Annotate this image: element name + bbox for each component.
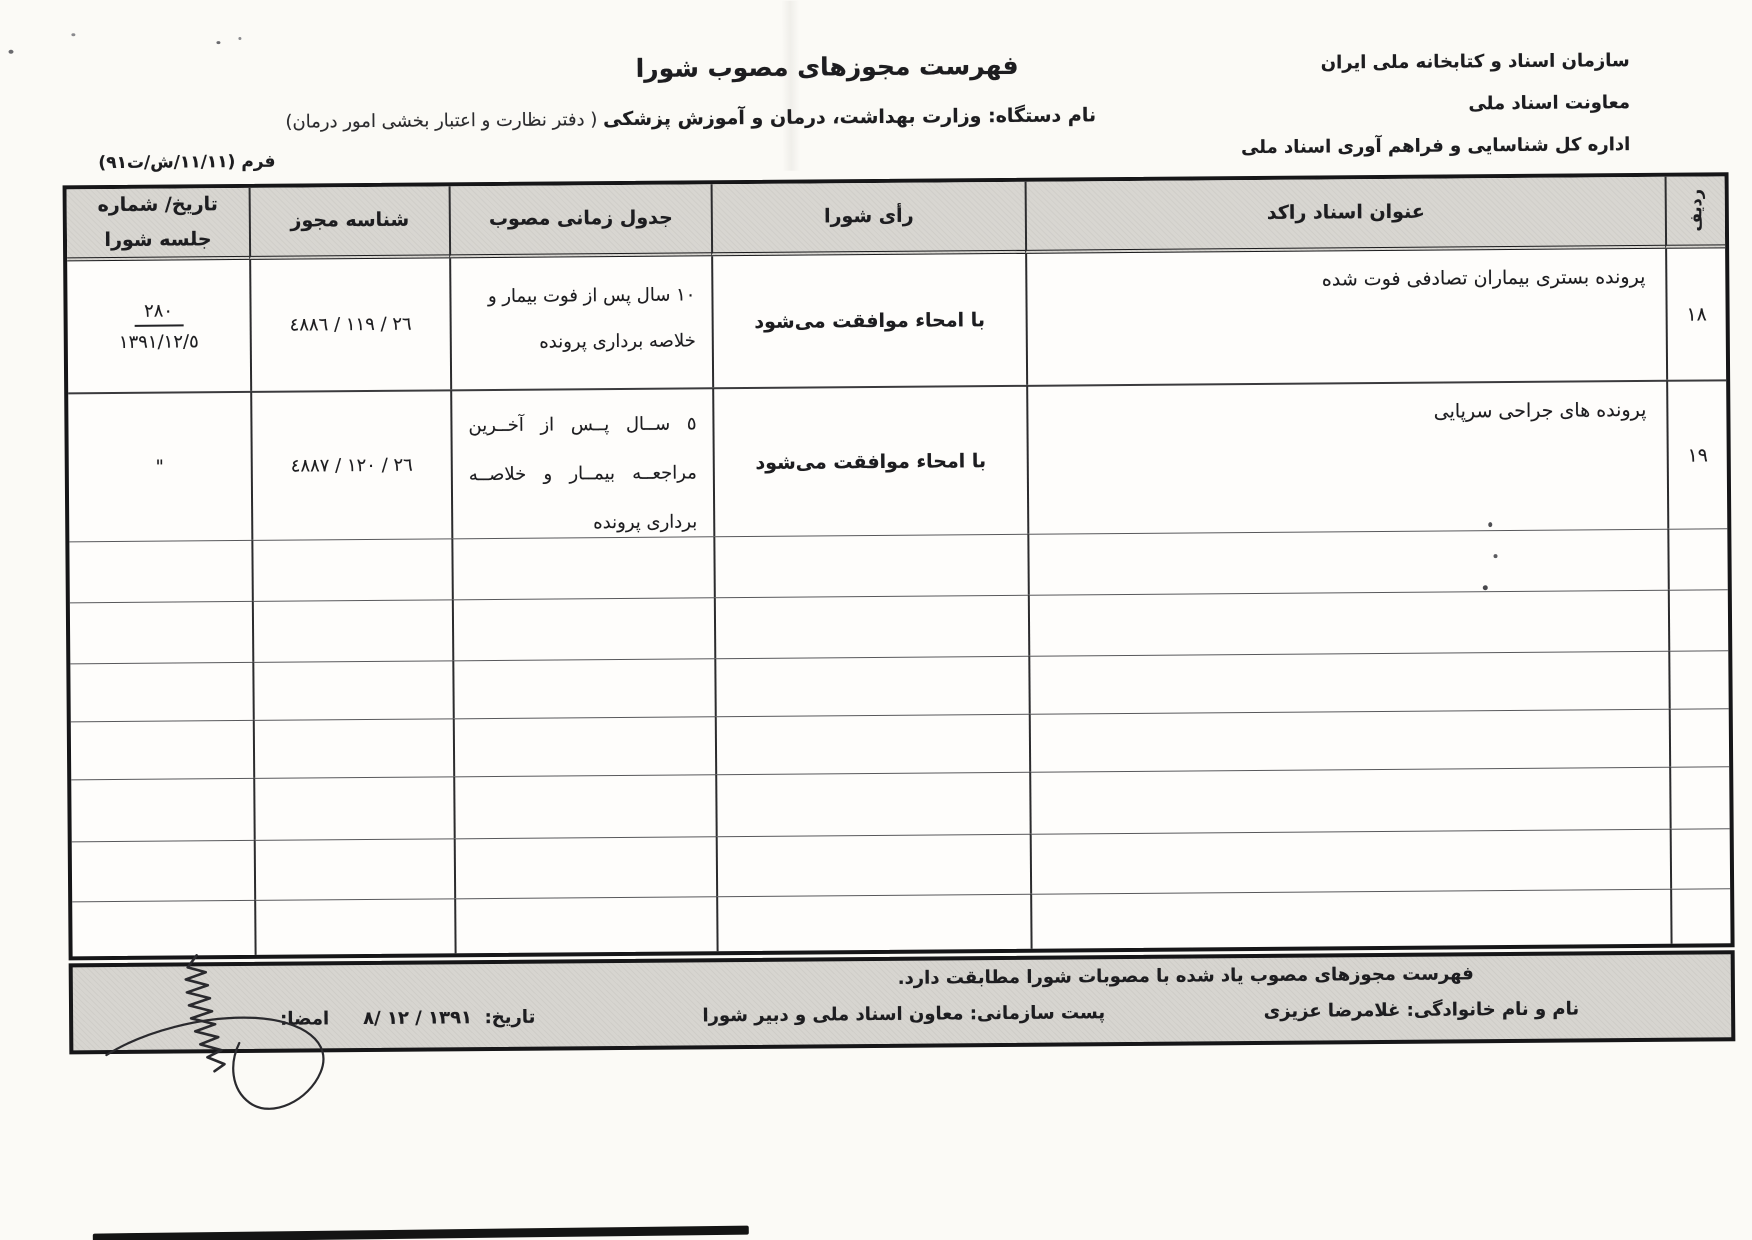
table-row-18-vote: با امحاء موافقت می‌شود (711, 254, 1026, 387)
table-row-19-number: ١٩ (1666, 379, 1727, 528)
empty-cell (1029, 767, 1669, 834)
empty-cell (71, 778, 253, 841)
table-row-19-session: " (68, 391, 251, 541)
device-paren: ( دفتر نظارت و اعتبار بخشی امور درمان) (285, 109, 603, 132)
scan-edge-strip (93, 1226, 749, 1240)
header-schedule: جدول زمانی مصوب (449, 184, 712, 258)
empty-cell (451, 536, 713, 599)
empty-cell (253, 776, 453, 840)
confirmation-statement: فهرست مجوزهای مصوب یاد شده با مصوبات شور… (898, 963, 1474, 989)
table-row-18-title: پرونده بستری بیماران تصادفی فوت شده (1025, 249, 1666, 385)
empty-cell (70, 662, 252, 721)
table-row-19-title: پرونده های جراحی سرپایی (1026, 380, 1667, 534)
header-council-vote: رأی شورا (711, 182, 1026, 256)
empty-cell (1668, 650, 1728, 708)
scan-speck (216, 41, 220, 44)
empty-cell (452, 597, 714, 660)
empty-cell (72, 900, 254, 956)
empty-cell (72, 840, 254, 901)
empty-cell (1668, 589, 1728, 650)
table-row-19-schedule: ٥ ســال پــس از آخــرین مراجعــه بیمــار… (450, 387, 713, 538)
empty-cell (714, 656, 1028, 716)
footer-date-value: ١٣٩١ / ١٢ /٨ (363, 1007, 472, 1029)
scan-speck (1494, 554, 1498, 558)
empty-cell (252, 660, 452, 720)
empty-cell (1028, 651, 1668, 714)
table-row-19-permit-id: ٢٦ / ١٢٠ / ٤٨٨٧ (250, 389, 451, 540)
letterhead-line-2: معاونت اسناد ملی (1241, 82, 1631, 127)
empty-cell (70, 601, 252, 663)
empty-cell (714, 595, 1028, 658)
table-row-19-vote: با امحاء موافقت می‌شود (712, 385, 1027, 536)
header-permit-id: شناسه مجوز (249, 186, 450, 260)
paper-crease (781, 1, 800, 171)
empty-cell (715, 772, 1029, 836)
letterhead: سازمان اسناد و کتابخانه ملی ایران معاونت… (1240, 40, 1630, 169)
table-row-18-session: ٢٨٠ ١٣٩١/١٢/٥ (67, 260, 250, 392)
scan-speck (1488, 522, 1492, 527)
table-row-18-schedule: ١٠ سال پس از فوت بیمار و خلاصه برداری پر… (449, 256, 712, 389)
empty-cell (716, 894, 1030, 951)
header-document-title: عنوان اسناد راکد (1025, 177, 1666, 254)
empty-cell (251, 538, 451, 601)
scan-speck (1483, 585, 1488, 590)
session-date: ١٣٩١/١٢/٥ (119, 331, 199, 353)
empty-cell (1669, 766, 1729, 828)
empty-cell (71, 720, 253, 779)
signature-label: امضا: (280, 1008, 329, 1029)
empty-cell (453, 716, 715, 776)
scan-speck (8, 50, 13, 54)
header-row-number: ردیف (1665, 176, 1726, 248)
empty-cell (713, 534, 1027, 597)
page-title: فهرست مجوزهای مصوب شورا (636, 51, 1019, 83)
empty-cell (716, 834, 1030, 896)
empty-cell (1669, 708, 1729, 766)
post-field: پست سازمانی: معاون اسناد ملی و دبیر شورا (702, 1002, 1105, 1026)
scan-speck (238, 37, 241, 40)
letterhead-line-3: اداره کل شناسایی و فراهم آوری اسناد ملی (1241, 124, 1631, 169)
date-field: تاریخ: ١٣٩١ / ١٢ /٨ (363, 1007, 535, 1029)
session-number: ٢٨٠ (134, 300, 183, 326)
empty-cell (454, 836, 716, 898)
empty-cell (1029, 709, 1669, 772)
empty-cell (254, 838, 454, 900)
empty-cell (715, 714, 1029, 774)
empty-cell (69, 540, 251, 602)
scanned-document-page: { "letterhead": { "lines": [ "سازمان اسن… (0, 0, 1752, 1240)
permits-table: تاریخ/ شماره جلسه شورا شناسه مجوز جدول ز… (63, 172, 1735, 960)
empty-cell (1030, 829, 1670, 894)
session-ditto: " (156, 457, 164, 478)
scan-content: سازمان اسناد و کتابخانه ملی ایران معاونت… (0, 0, 1752, 1240)
form-number: فرم (١١/١١/ش/ت٩١) (98, 152, 275, 173)
device-line: نام دستگاه: وزارت بهداشت، درمان و آموزش … (285, 104, 1096, 132)
empty-cell (254, 898, 454, 955)
empty-cell (1027, 529, 1667, 595)
empty-cell (253, 718, 453, 778)
table-row-18-permit-id: ٢٦ / ١١٩ / ٤٨٨٦ (249, 258, 450, 391)
empty-cell (1670, 888, 1730, 943)
letterhead-line-1: سازمان اسناد و کتابخانه ملی ایران (1240, 40, 1630, 85)
name-field: نام و نام خانوادگی: غلامرضا عزیزی (1264, 998, 1580, 1021)
table-row-18-number: ١٨ (1665, 248, 1726, 379)
scan-speck (71, 33, 75, 36)
empty-cell (1030, 889, 1670, 949)
device-label: نام دستگاه: (988, 104, 1096, 127)
empty-cell (454, 896, 716, 953)
empty-cell (1028, 590, 1668, 656)
empty-cell (1670, 828, 1730, 888)
empty-cell (252, 599, 452, 662)
approval-footer: فهرست مجوزهای مصوب یاد شده با مصوبات شور… (69, 950, 1736, 1054)
header-session-date: تاریخ/ شماره جلسه شورا (67, 188, 250, 261)
empty-cell (452, 658, 714, 718)
empty-cell (453, 774, 715, 838)
empty-cell (1667, 528, 1727, 589)
